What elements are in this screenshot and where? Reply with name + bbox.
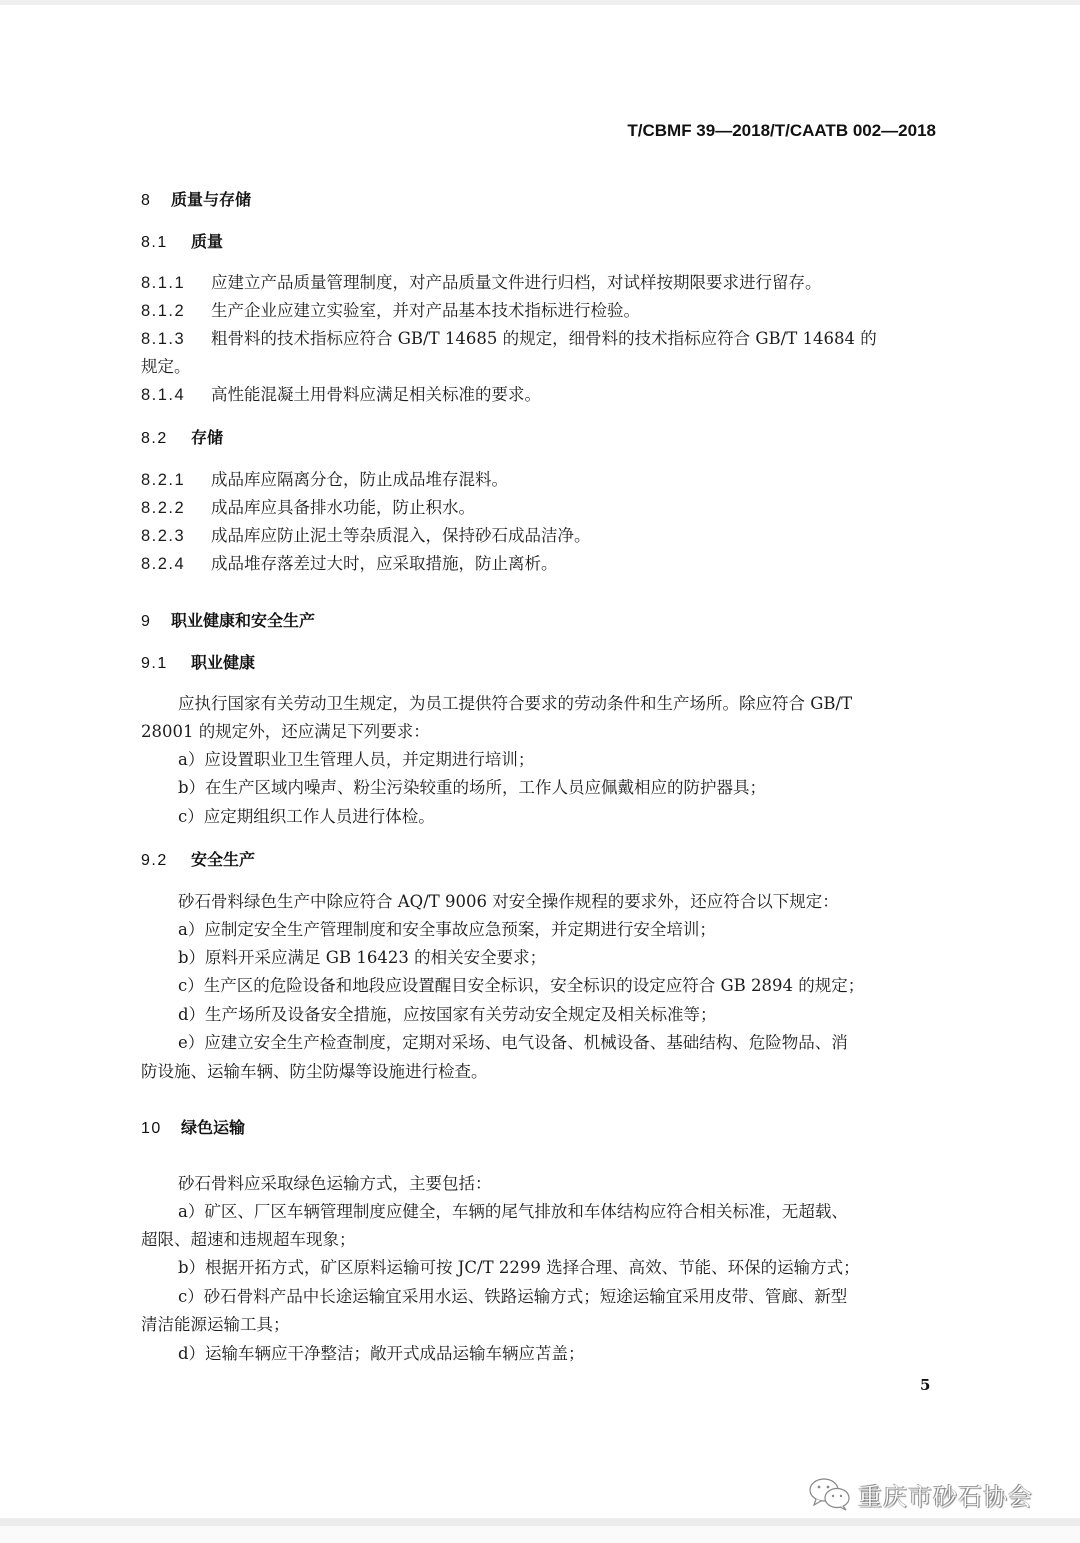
- subsection-number: 8.1: [141, 229, 191, 257]
- clause-text: 成品堆存落差过大时，应采取措施，防止离析。: [211, 554, 558, 573]
- clause-8-1-1: 8.1.1应建立产品质量管理制度，对产品质量文件进行归档，对试样按期限要求进行留…: [141, 269, 941, 297]
- subsection-heading-9-2: 9.2安全生产: [141, 846, 941, 875]
- section-number: 10: [141, 1115, 181, 1143]
- list-item-9-2-e-continuation: 防设施、运输车辆、防尘防爆等设施进行检查。: [141, 1058, 941, 1086]
- paragraph-10-intro: 砂石骨料应采取绿色运输方式，主要包括：: [178, 1170, 978, 1198]
- list-item-9-2-d: d）生产场所及设备安全措施，应按国家有关劳动安全规定及相关标准等；: [178, 1001, 978, 1029]
- list-item-10-d: d）运输车辆应干净整洁；敞开式成品运输车辆应苫盖；: [178, 1340, 978, 1368]
- subsection-title: 存储: [191, 428, 223, 447]
- section-heading-10: 10绿色运输: [141, 1114, 941, 1143]
- standard-code-header: T/CBMF 39—2018/T/CAATB 002—2018: [627, 121, 936, 141]
- clause-text: 成品库应隔离分仓，防止成品堆存混料。: [211, 470, 508, 489]
- list-item-9-1-c: c）应定期组织工作人员进行体检。: [178, 803, 978, 831]
- clause-number: 8.1.4: [141, 381, 211, 409]
- clause-number: 8.1.2: [141, 297, 211, 325]
- clause-text: 高性能混凝土用骨料应满足相关标准的要求。: [211, 385, 541, 404]
- bottom-edge-margin: [0, 1526, 1080, 1543]
- list-item-9-2-b: b）原料开采应满足 GB 16423 的相关安全要求；: [178, 944, 978, 972]
- section-title: 绿色运输: [181, 1118, 245, 1137]
- clause-number: 8.1.1: [141, 269, 211, 297]
- subsection-heading-8-2: 8.2存储: [141, 424, 941, 453]
- clause-text: 成品库应防止泥土等杂质混入，保持砂石成品洁净。: [211, 526, 591, 545]
- bottom-edge-band: [0, 1518, 1080, 1526]
- subsection-number: 9.2: [141, 847, 191, 875]
- clause-number: 8.2.3: [141, 522, 211, 550]
- subsection-title: 职业健康: [191, 653, 255, 672]
- list-item-10-a-continuation: 超限、超速和违规超车现象；: [141, 1226, 941, 1254]
- clause-number: 8.2.4: [141, 550, 211, 578]
- page-number: 5: [920, 1376, 930, 1394]
- section-title: 质量与存储: [171, 190, 251, 209]
- clause-number: 8.2.2: [141, 494, 211, 522]
- paragraph-9-2-intro: 砂石骨料绿色生产中除应符合 AQ/T 9006 对安全操作规程的要求外，还应符合…: [178, 888, 978, 916]
- subsection-number: 9.1: [141, 650, 191, 678]
- watermark-text: 重庆市砂石协会: [858, 1477, 1033, 1512]
- clause-8-2-1: 8.2.1成品库应隔离分仓，防止成品堆存混料。: [141, 466, 941, 494]
- list-item-9-1-a: a）应设置职业卫生管理人员，并定期进行培训；: [178, 746, 978, 774]
- list-item-9-2-e: e）应建立安全生产检查制度，定期对采场、电气设备、机械设备、基础结构、危险物品、…: [178, 1029, 978, 1057]
- wechat-icon: [808, 1476, 852, 1512]
- section-number: 9: [141, 608, 171, 636]
- list-item-10-a: a）矿区、厂区车辆管理制度应健全，车辆的尾气排放和车体结构应符合相关标准，无超载…: [178, 1198, 978, 1226]
- clause-text: 粗骨料的技术指标应符合 GB/T 14685 的规定，细骨料的技术指标应符合 G…: [211, 329, 877, 348]
- list-item-10-c: c）砂石骨料产品中长途运输宜采用水运、铁路运输方式；短途运输宜采用皮带、管廊、新…: [178, 1283, 978, 1311]
- subsection-title: 安全生产: [191, 850, 255, 869]
- clause-text: 应建立产品质量管理制度，对产品质量文件进行归档，对试样按期限要求进行留存。: [211, 273, 822, 292]
- clause-8-1-2: 8.1.2生产企业应建立实验室，并对产品基本技术指标进行检验。: [141, 297, 941, 325]
- clause-number: 8.1.3: [141, 325, 211, 353]
- subsection-heading-9-1: 9.1职业健康: [141, 649, 941, 678]
- section-title: 职业健康和安全生产: [171, 611, 315, 630]
- section-heading-8: 8质量与存储: [141, 186, 941, 215]
- clause-8-1-4: 8.1.4高性能混凝土用骨料应满足相关标准的要求。: [141, 381, 941, 409]
- section-number: 8: [141, 187, 171, 215]
- clause-text: 生产企业应建立实验室，并对产品基本技术指标进行检验。: [211, 301, 640, 320]
- clause-8-2-2: 8.2.2成品库应具备排水功能，防止积水。: [141, 494, 941, 522]
- clause-8-1-3: 8.1.3粗骨料的技术指标应符合 GB/T 14685 的规定，细骨料的技术指标…: [141, 325, 941, 353]
- subsection-number: 8.2: [141, 425, 191, 453]
- list-item-9-2-c: c）生产区的危险设备和地段应设置醒目安全标识，安全标识的设定应符合 GB 289…: [178, 972, 978, 1000]
- paragraph-9-1-intro: 应执行国家有关劳动卫生规定，为员工提供符合要求的劳动条件和生产场所。除应符合 G…: [178, 690, 978, 718]
- clause-8-2-4: 8.2.4成品堆存落差过大时，应采取措施，防止离析。: [141, 550, 941, 578]
- subsection-heading-8-1: 8.1质量: [141, 228, 941, 257]
- top-edge-band: [0, 0, 1080, 5]
- clause-number: 8.2.1: [141, 466, 211, 494]
- list-item-9-1-b: b）在生产区域内噪声、粉尘污染较重的场所，工作人员应佩戴相应的防护器具；: [178, 774, 978, 802]
- list-item-9-2-a: a）应制定安全生产管理制度和安全事故应急预案，并定期进行安全培训；: [178, 916, 978, 944]
- paragraph-9-1-intro-continuation: 28001 的规定外，还应满足下列要求：: [141, 718, 941, 746]
- clause-8-1-3-continuation: 规定。: [141, 353, 941, 381]
- clause-text: 成品库应具备排水功能，防止积水。: [211, 498, 475, 517]
- list-item-10-b: b）根据开拓方式，矿区原料运输可按 JC/T 2299 选择合理、高效、节能、环…: [178, 1254, 978, 1282]
- clause-8-2-3: 8.2.3成品库应防止泥土等杂质混入，保持砂石成品洁净。: [141, 522, 941, 550]
- list-item-10-c-continuation: 清洁能源运输工具；: [141, 1311, 941, 1339]
- section-heading-9: 9职业健康和安全生产: [141, 607, 941, 636]
- wechat-watermark: 重庆市砂石协会: [808, 1476, 1033, 1512]
- subsection-title: 质量: [191, 232, 223, 251]
